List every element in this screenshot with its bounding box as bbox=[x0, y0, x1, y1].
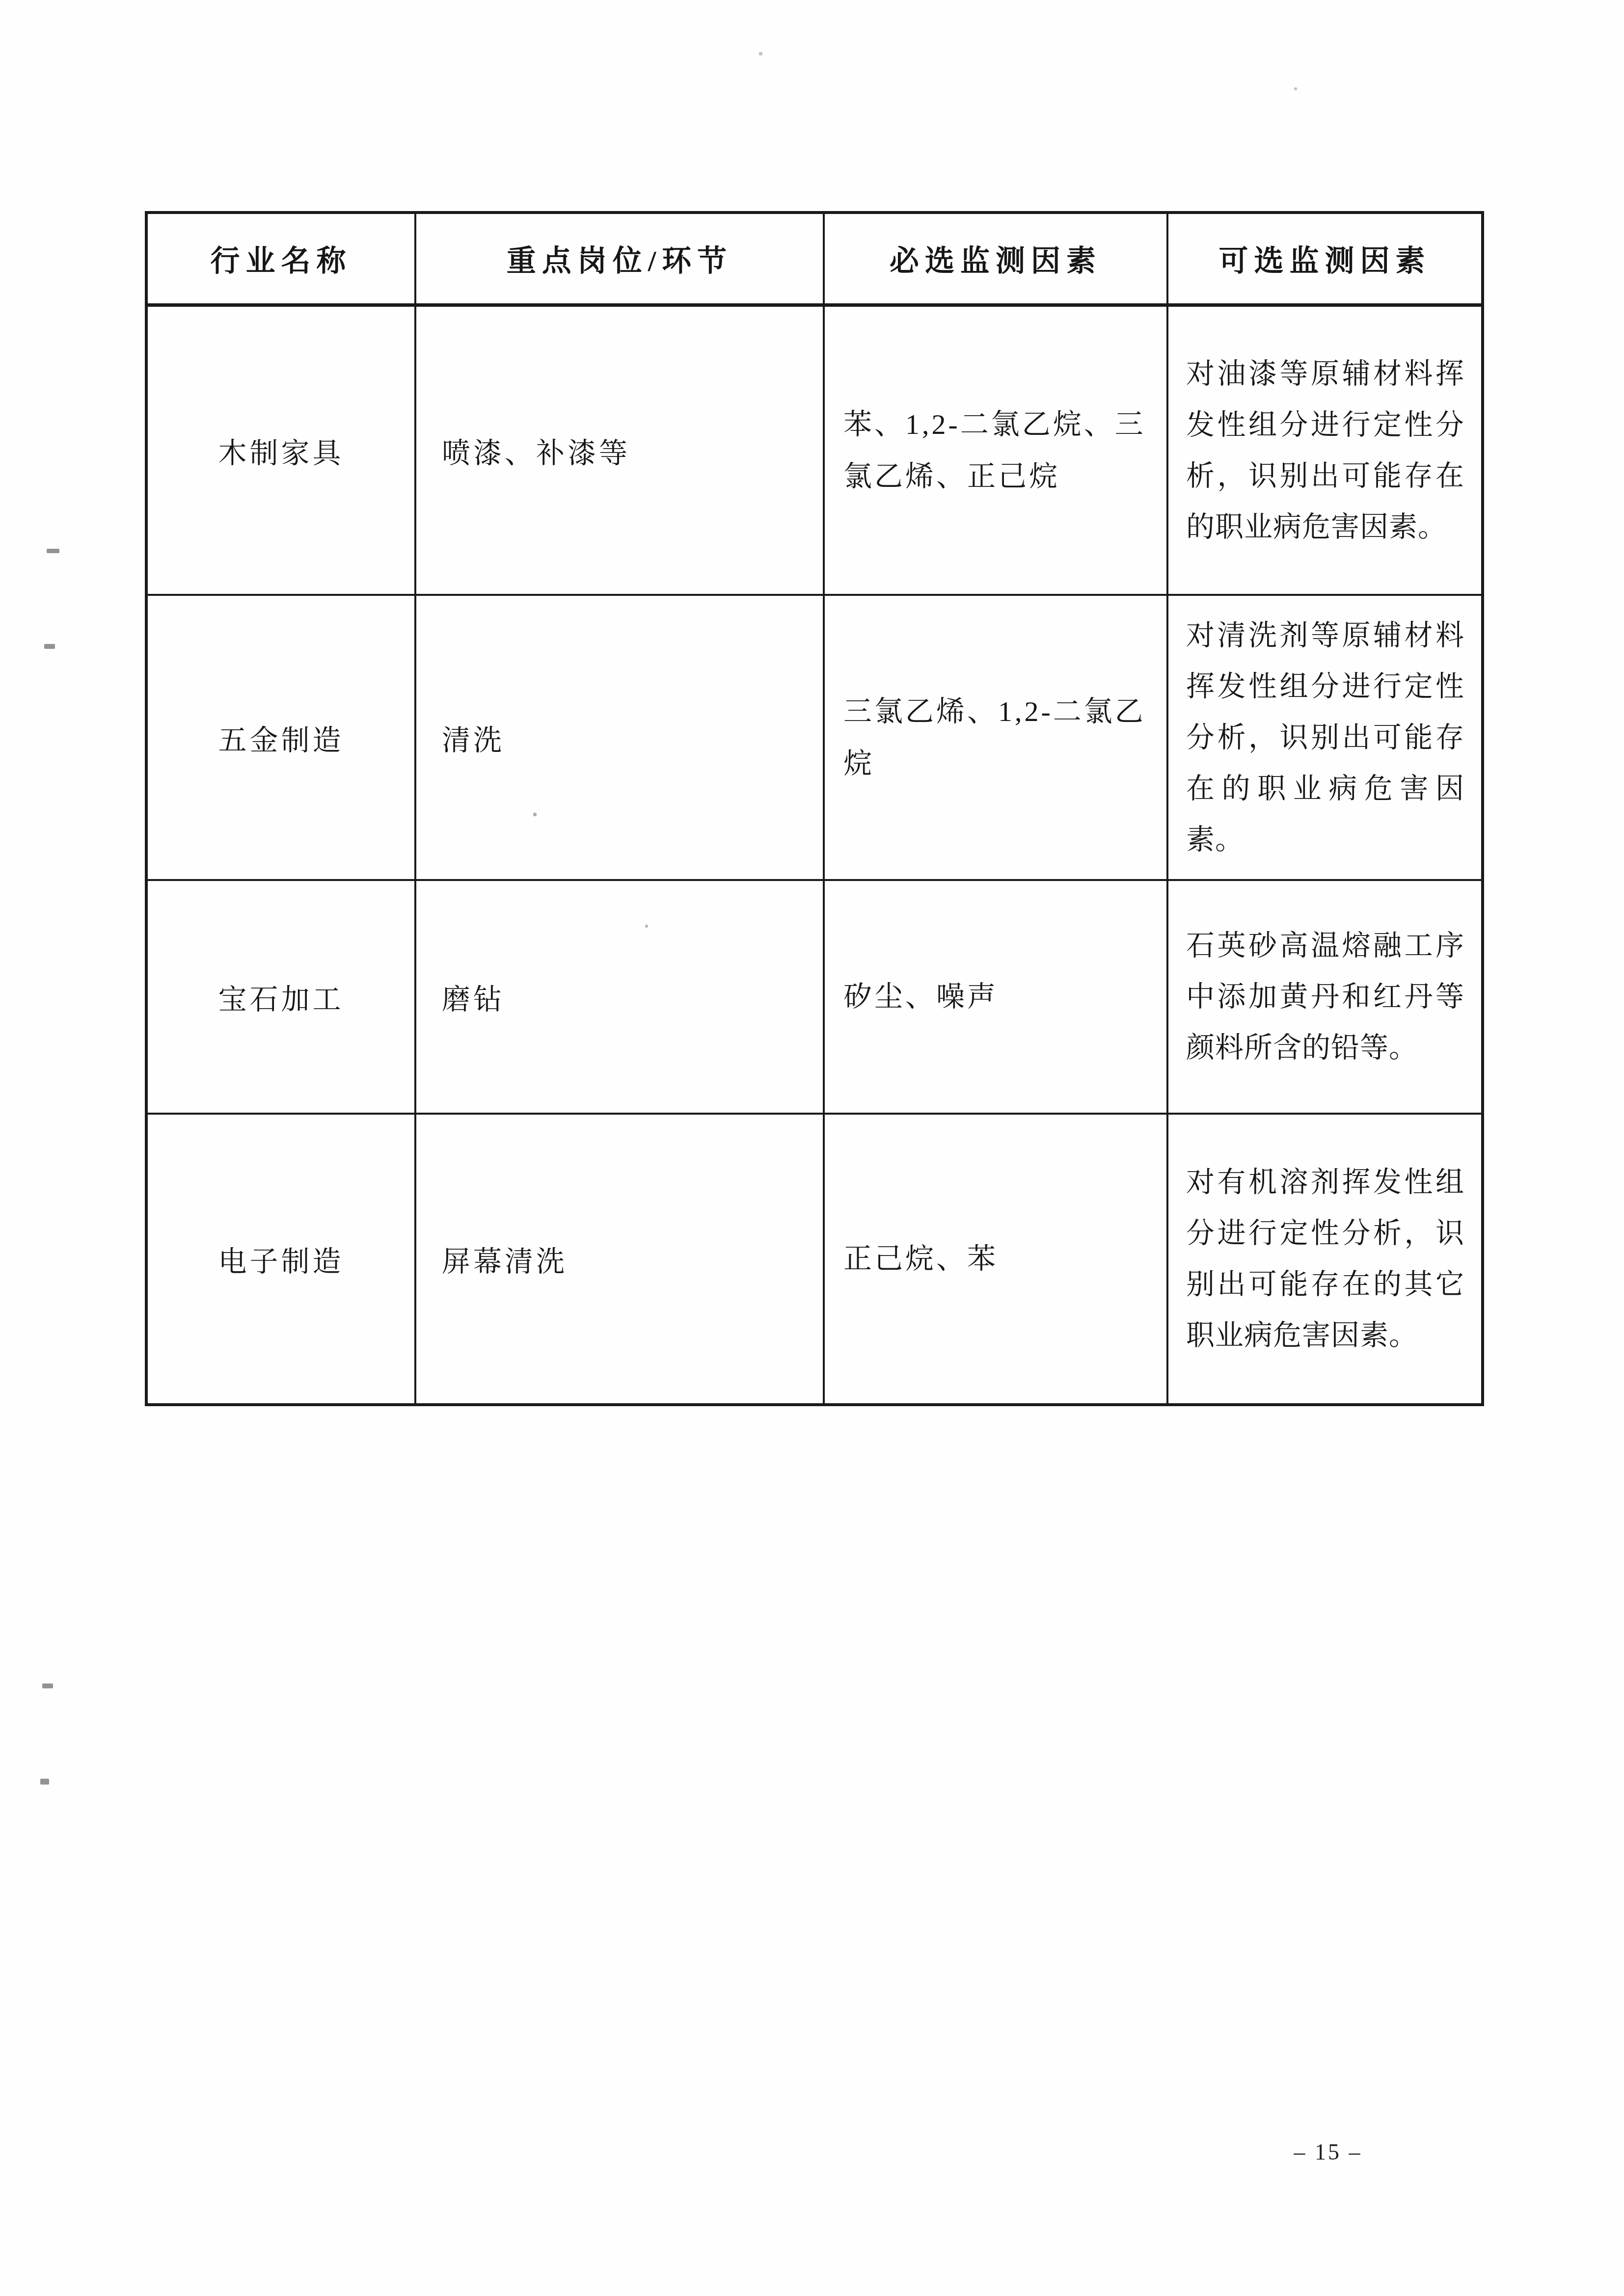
cell-industry: 木制家具 bbox=[146, 305, 415, 595]
cell-optional-factors: 石英砂高温熔融工序中添加黄丹和红丹等颜料所含的铅等。 bbox=[1167, 880, 1483, 1114]
monitoring-factors-table: 行业名称 重点岗位/环节 必选监测因素 可选监测因素 木制家具 喷漆、补漆等 苯… bbox=[145, 211, 1484, 1406]
cell-required-factors: 正己烷、苯 bbox=[824, 1114, 1167, 1405]
col-header-industry: 行业名称 bbox=[146, 213, 415, 305]
cell-key-positions: 屏幕清洗 bbox=[415, 1114, 824, 1405]
table-row-electronics-manufacturing: 电子制造 屏幕清洗 正己烷、苯 对有机溶剂挥发性组分进行定性分析，识别出可能存在… bbox=[146, 1114, 1483, 1405]
page-number: – 15 – bbox=[1249, 2139, 1407, 2165]
scan-speck bbox=[44, 644, 55, 649]
cell-optional-factors: 对清洗剂等原辅材料挥发性组分进行定性分析，识别出可能存在的职业病危害因素。 bbox=[1167, 595, 1483, 880]
table-header-row: 行业名称 重点岗位/环节 必选监测因素 可选监测因素 bbox=[146, 213, 1483, 305]
scan-speck bbox=[40, 1779, 49, 1785]
cell-optional-factors: 对油漆等原辅材料挥发性组分进行定性分析，识别出可能存在的职业病危害因素。 bbox=[1167, 305, 1483, 595]
cell-key-positions: 磨钻 bbox=[415, 880, 824, 1114]
scan-speck bbox=[1294, 87, 1297, 90]
cell-industry: 电子制造 bbox=[146, 1114, 415, 1405]
cell-required-factors: 苯、1,2-二氯乙烷、三 氯乙烯、正己烷 bbox=[824, 305, 1167, 595]
scan-speck bbox=[645, 925, 648, 928]
table-row-hardware-manufacturing: 五金制造 清洗 三氯乙烯、1,2-二氯乙 烷 对清洗剂等原辅材料挥发性组分进行定… bbox=[146, 595, 1483, 880]
col-header-key-positions: 重点岗位/环节 bbox=[415, 213, 824, 305]
cell-required-factors: 矽尘、噪声 bbox=[824, 880, 1167, 1114]
col-header-required-factors: 必选监测因素 bbox=[824, 213, 1167, 305]
cell-required-factors: 三氯乙烯、1,2-二氯乙 烷 bbox=[824, 595, 1167, 880]
col-header-optional-factors: 可选监测因素 bbox=[1167, 213, 1483, 305]
cell-key-positions: 清洗 bbox=[415, 595, 824, 880]
document-page: 行业名称 重点岗位/环节 必选监测因素 可选监测因素 木制家具 喷漆、补漆等 苯… bbox=[0, 0, 1624, 2296]
scan-speck bbox=[533, 813, 537, 816]
table-row-gem-processing: 宝石加工 磨钻 矽尘、噪声 石英砂高温熔融工序中添加黄丹和红丹等颜料所含的铅等。 bbox=[146, 880, 1483, 1114]
scan-speck bbox=[42, 1683, 53, 1688]
cell-industry: 宝石加工 bbox=[146, 880, 415, 1114]
cell-industry: 五金制造 bbox=[146, 595, 415, 880]
cell-optional-factors: 对有机溶剂挥发性组分进行定性分析，识别出可能存在的其它职业病危害因素。 bbox=[1167, 1114, 1483, 1405]
table-row-wooden-furniture: 木制家具 喷漆、补漆等 苯、1,2-二氯乙烷、三 氯乙烯、正己烷 对油漆等原辅材… bbox=[146, 305, 1483, 595]
scan-speck bbox=[47, 549, 59, 553]
cell-key-positions: 喷漆、补漆等 bbox=[415, 305, 824, 595]
scan-speck bbox=[759, 52, 762, 55]
